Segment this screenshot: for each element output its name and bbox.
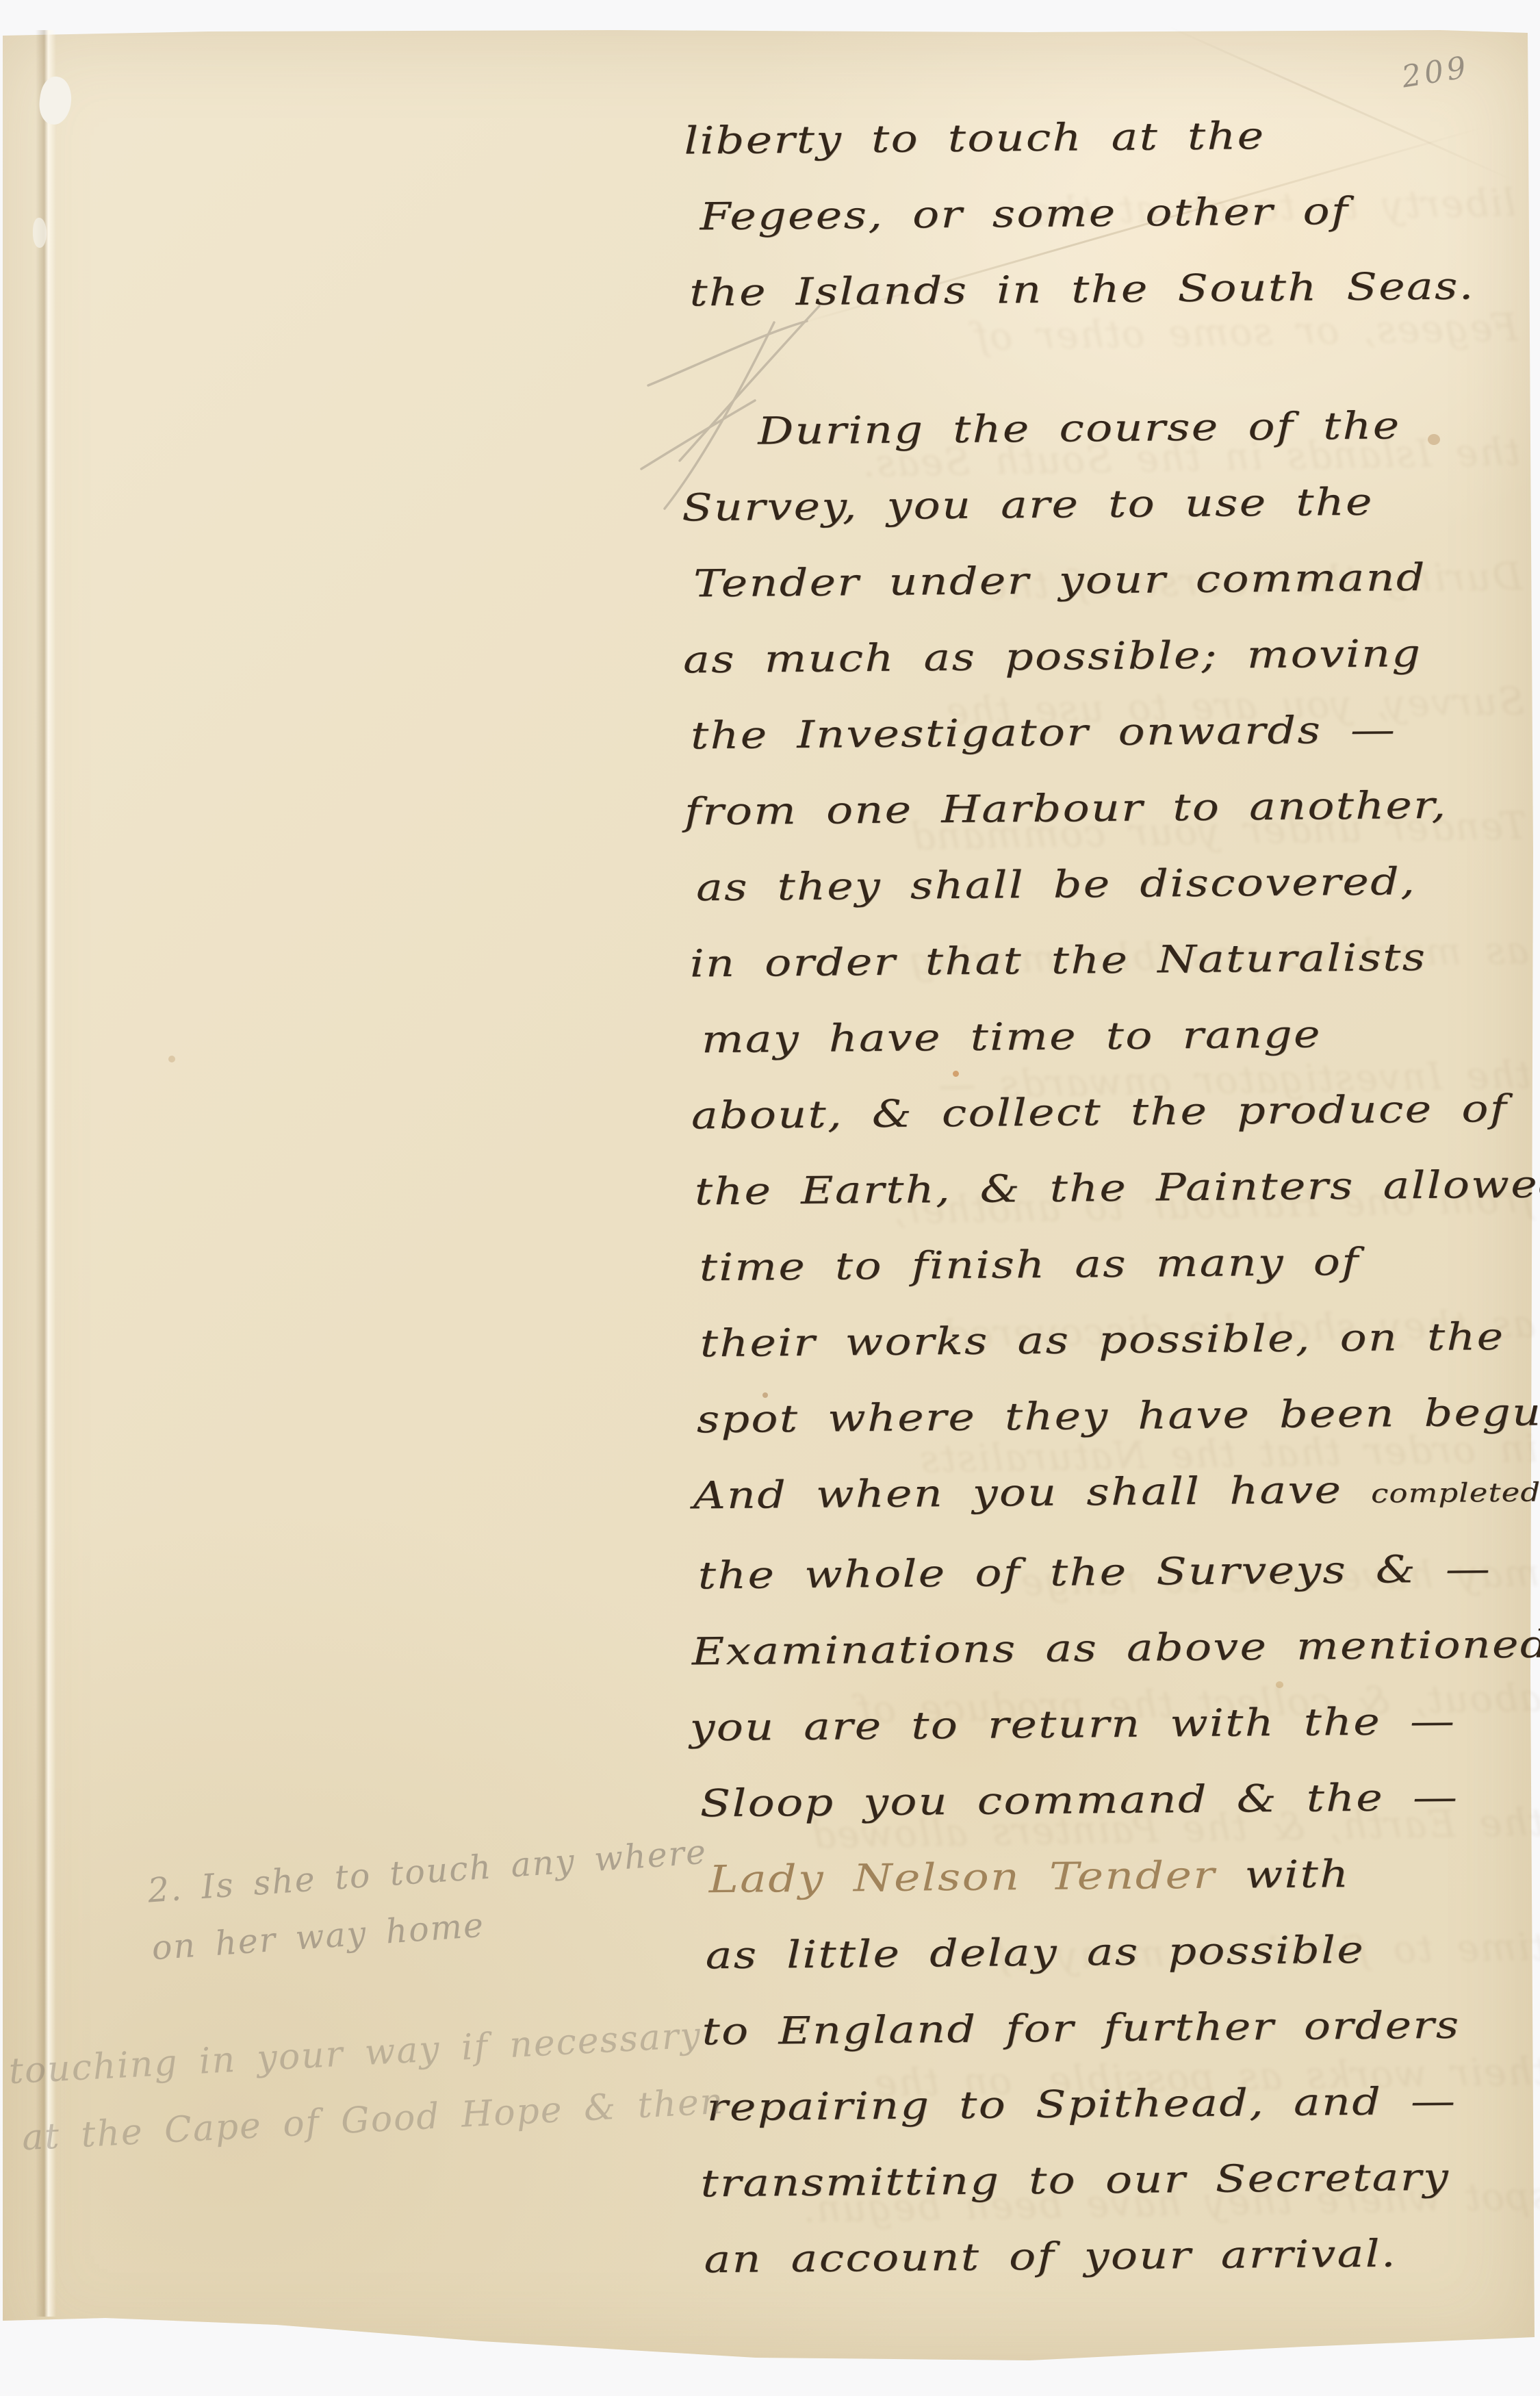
manuscript-segment: the Islands in the South Seas. bbox=[689, 264, 1475, 314]
manuscript-segment: from one Harbour to another, bbox=[684, 783, 1448, 834]
manuscript-line: Examinations as above mentioned, bbox=[691, 1605, 1540, 1690]
manuscript-segment: you are to return with the — bbox=[689, 1699, 1456, 1750]
manuscript-line: as much as possible; moving bbox=[683, 613, 1540, 698]
manuscript-segment: Fegees, or some other of bbox=[700, 189, 1349, 238]
scanned-manuscript-page: liberty to touch at theFegees, or some o… bbox=[0, 0, 1540, 2396]
manuscript-line: the whole of the Surveys & — bbox=[697, 1529, 1540, 1614]
manuscript-segment: And when you shall have bbox=[693, 1468, 1372, 1518]
manuscript-segment: the whole of the Surveys & — bbox=[698, 1546, 1492, 1597]
manuscript-line: in order that the Naturalists bbox=[690, 917, 1540, 1002]
manuscript-segment: Survey, you are to use the bbox=[682, 480, 1374, 530]
manuscript-segment: During the course of the bbox=[758, 403, 1401, 453]
manuscript-segment: completed bbox=[1371, 1477, 1540, 1509]
manuscript-line: the Islands in the South Seas. bbox=[689, 246, 1540, 331]
manuscript-text: liberty to touch at theFegees, or some o… bbox=[678, 96, 1540, 2298]
manuscript-segment: the Earth, & the Painters allowed bbox=[695, 1162, 1540, 1213]
manuscript-segment: transmitting to our Secretary bbox=[700, 2155, 1450, 2206]
manuscript-line: liberty to touch at the bbox=[684, 94, 1540, 179]
manuscript-line: to England for further orders bbox=[702, 1985, 1540, 2070]
manuscript-segment: the Investigator onwards — bbox=[691, 707, 1397, 757]
manuscript-line: from one Harbour to another, bbox=[684, 765, 1540, 850]
manuscript-segment: may have time to range bbox=[702, 1012, 1322, 1061]
manuscript-segment: time to finish as many of bbox=[700, 1240, 1360, 1289]
manuscript-line: Lady Nelson Tender with bbox=[708, 1833, 1540, 1918]
manuscript-line: Fegees, or some other of bbox=[700, 170, 1540, 255]
manuscript-line: about, & collect the produce of bbox=[691, 1069, 1540, 1154]
manuscript-line: spot where they have been begun. bbox=[696, 1373, 1540, 1458]
manuscript-segment: about, & collect the produce of bbox=[691, 1086, 1509, 1137]
manuscript-line: may have time to range bbox=[701, 993, 1540, 1078]
manuscript-line: Sloop you command & the — bbox=[700, 1757, 1540, 1842]
manuscript-line: the Earth, & the Painters allowed bbox=[694, 1145, 1540, 1230]
manuscript-segment: spot where they have been begun. bbox=[697, 1390, 1540, 1441]
manuscript-line: as they shall be discovered, bbox=[696, 841, 1540, 926]
manuscript-line: Survey, you are to use the bbox=[682, 461, 1540, 546]
manuscript-segment: Tender under your command bbox=[693, 555, 1426, 605]
manuscript-line: During the course of the bbox=[758, 385, 1540, 470]
manuscript-segment: liberty to touch at the bbox=[684, 114, 1265, 162]
manuscript-line: repairing to Spithead, and — bbox=[706, 2061, 1540, 2146]
manuscript-segment: as little delay as possible bbox=[705, 1928, 1365, 1977]
manuscript-segment: to England for further orders bbox=[702, 2003, 1460, 2054]
manuscript-segment: Sloop you command & the — bbox=[700, 1775, 1459, 1826]
manuscript-line: their works as possible, on the bbox=[700, 1297, 1540, 1382]
manuscript-line: And when you shall have completed bbox=[693, 1449, 1540, 1538]
manuscript-segment: an account of your arrival. bbox=[704, 2231, 1397, 2281]
manuscript-line: an account of your arrival. bbox=[704, 2213, 1540, 2298]
manuscript-line: you are to return with the — bbox=[689, 1681, 1540, 1766]
manuscript-segment: in order that the Naturalists bbox=[690, 935, 1427, 985]
manuscript-segment: with bbox=[1216, 1852, 1350, 1897]
manuscript-segment: as they shall be discovered, bbox=[696, 859, 1417, 909]
manuscript-segment: repairing to Spithead, and — bbox=[706, 2079, 1456, 2130]
page-fold-line bbox=[36, 30, 56, 2317]
manuscript-line: transmitting to our Secretary bbox=[700, 2137, 1540, 2222]
manuscript-line: Tender under your command bbox=[693, 537, 1540, 622]
manuscript-segment: as much as possible; moving bbox=[683, 631, 1422, 681]
manuscript-segment: Lady Nelson Tender bbox=[708, 1853, 1216, 1901]
manuscript-line: time to finish as many of bbox=[699, 1221, 1540, 1306]
torn-paper-chip bbox=[33, 218, 47, 248]
manuscript-segment: Examinations as above mentioned, bbox=[691, 1622, 1540, 1673]
manuscript-line: as little delay as possible bbox=[705, 1909, 1540, 1994]
manuscript-segment: their works as possible, on the bbox=[700, 1314, 1505, 1365]
manuscript-line: the Investigator onwards — bbox=[691, 689, 1540, 774]
